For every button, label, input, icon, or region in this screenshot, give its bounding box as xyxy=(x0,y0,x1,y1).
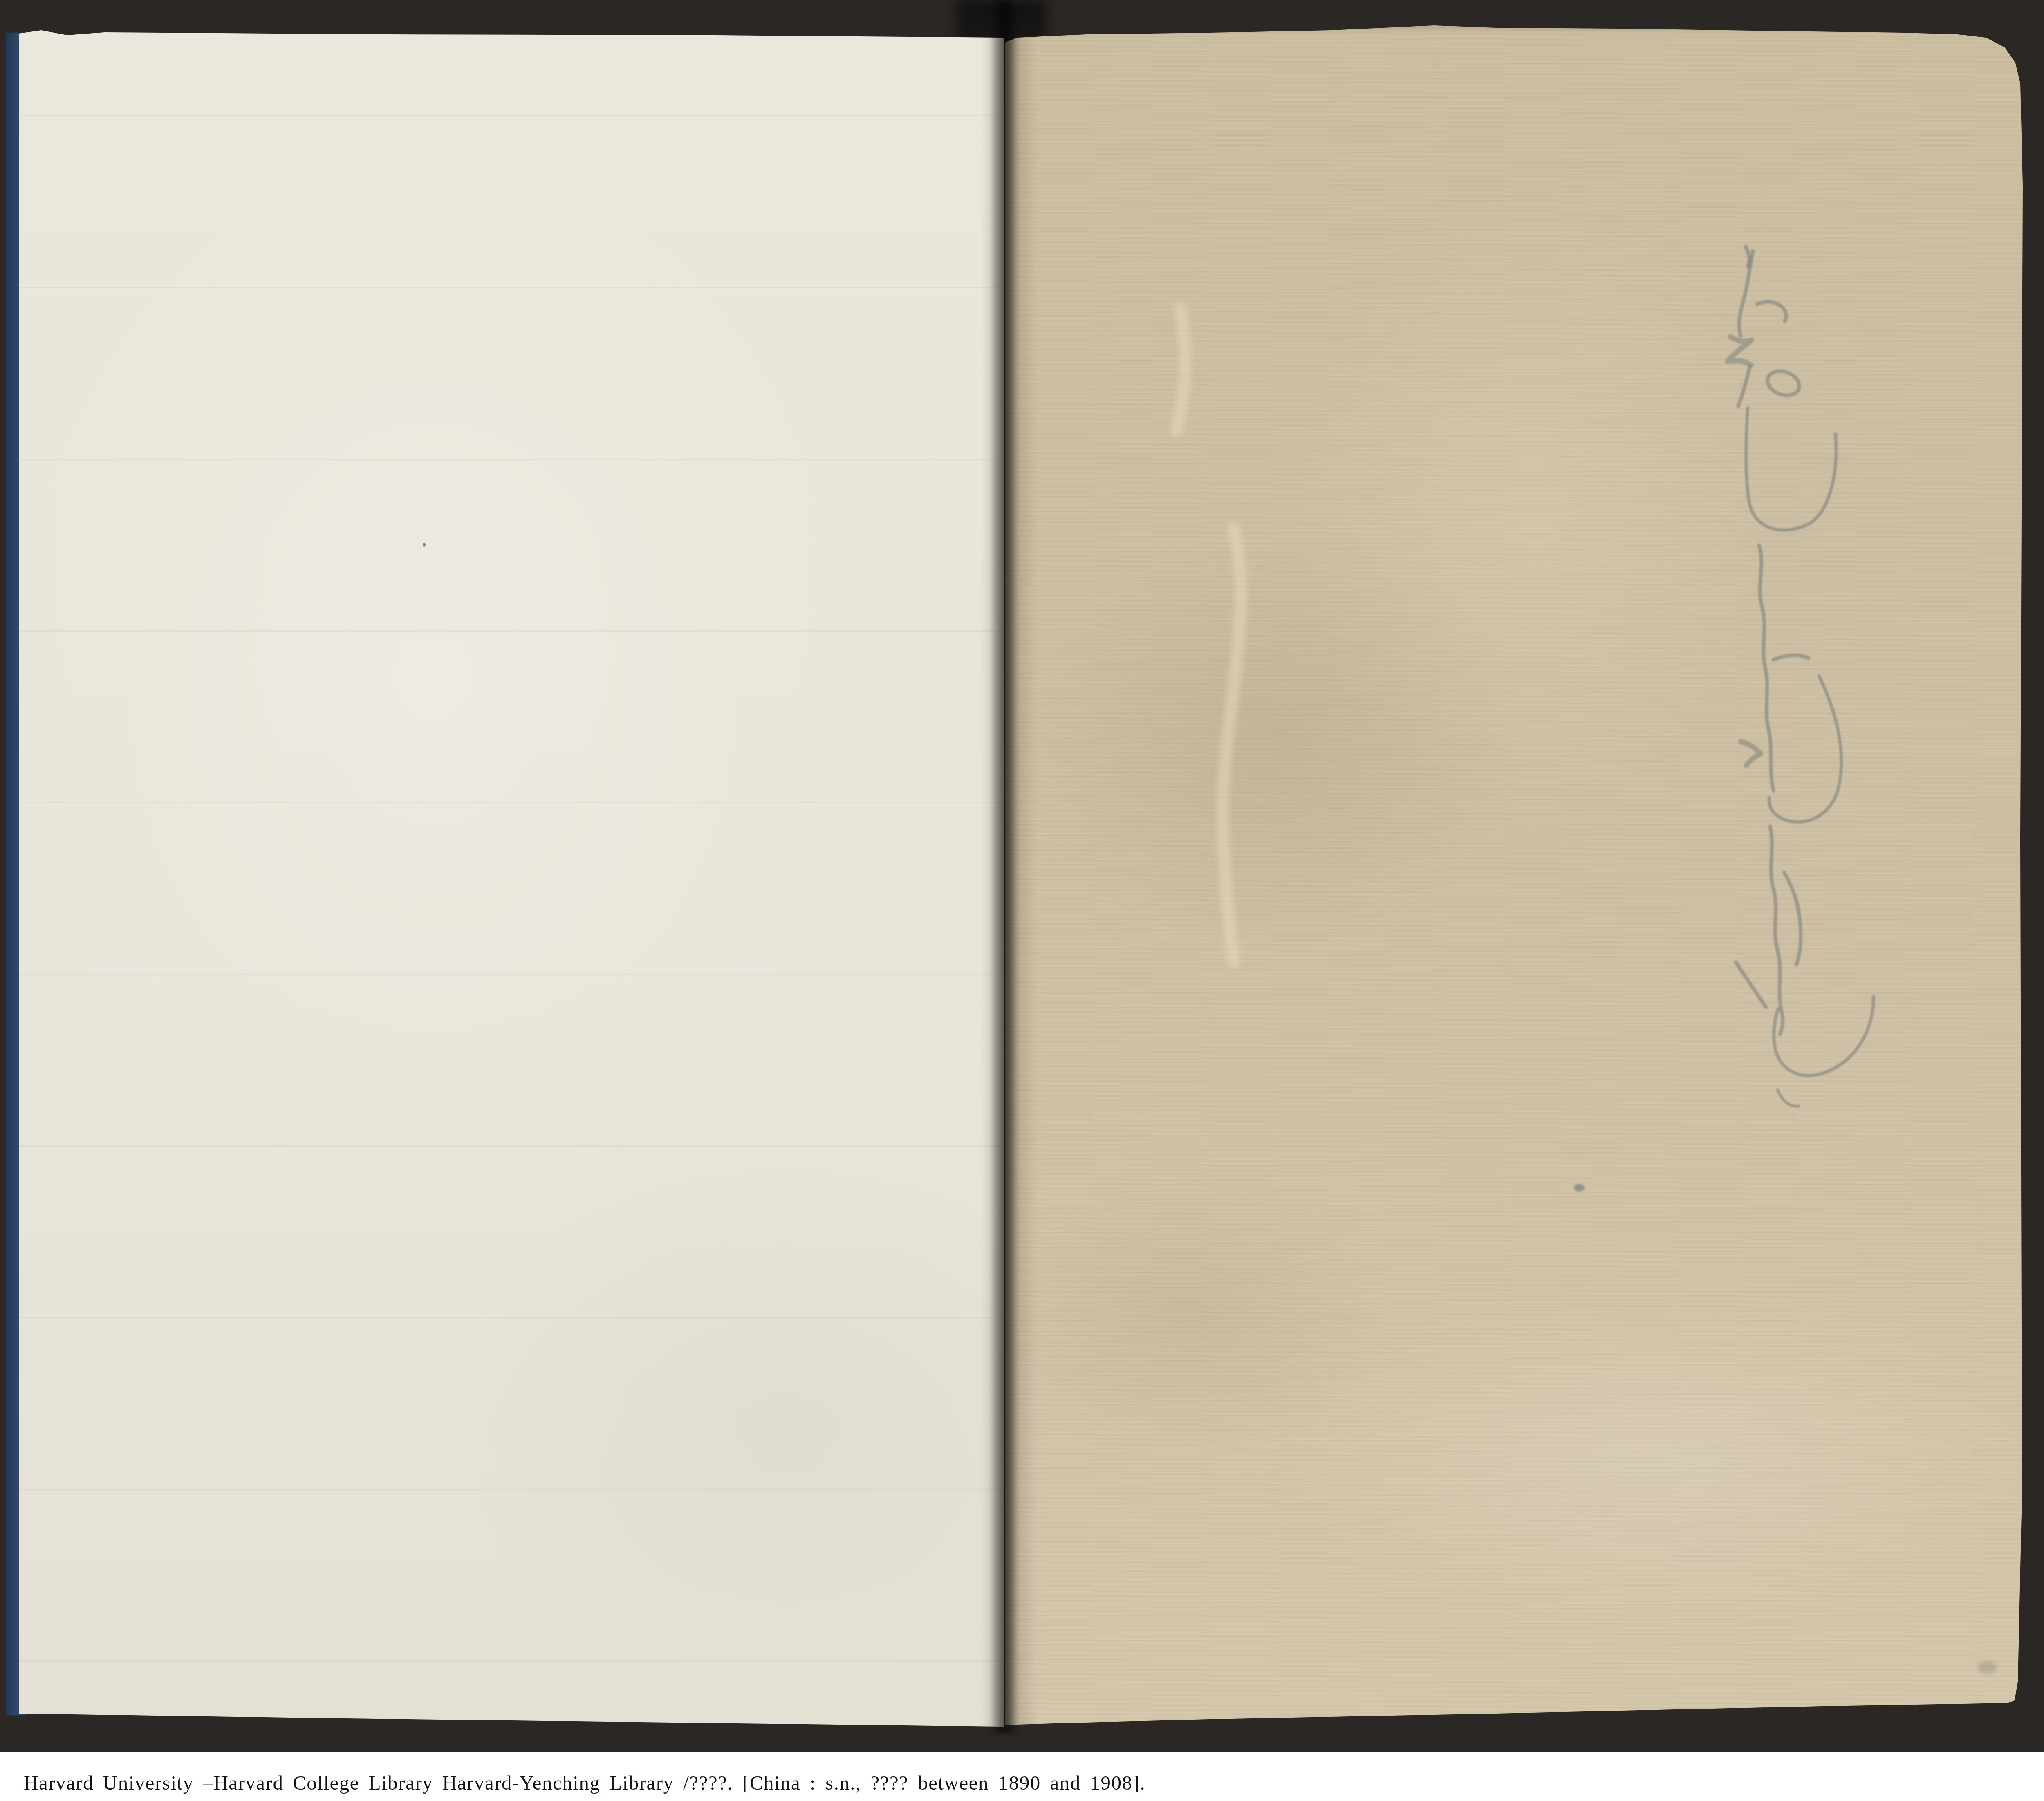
scan-matte-background xyxy=(0,0,2044,1752)
digitized-book-scan: { "caption": { "text": "Harvard Universi… xyxy=(0,0,2044,1801)
handwritten-calligraphy-column xyxy=(1005,22,2023,1728)
left-blank-page xyxy=(19,30,1004,1727)
calligraphy-strokes xyxy=(1727,246,1874,1106)
paper-fleck xyxy=(423,543,426,547)
bleed-through-ghost xyxy=(1177,308,1241,962)
caption-bar: Harvard University –Harvard College Libr… xyxy=(0,1752,2044,1801)
paper-smudge xyxy=(1978,1661,1997,1673)
library-caption-text: Harvard University –Harvard College Libr… xyxy=(24,1772,1145,1794)
ink-speck xyxy=(1574,1184,1585,1192)
book-spine-shadow xyxy=(989,0,1018,1733)
right-manuscript-page xyxy=(1005,22,2023,1728)
